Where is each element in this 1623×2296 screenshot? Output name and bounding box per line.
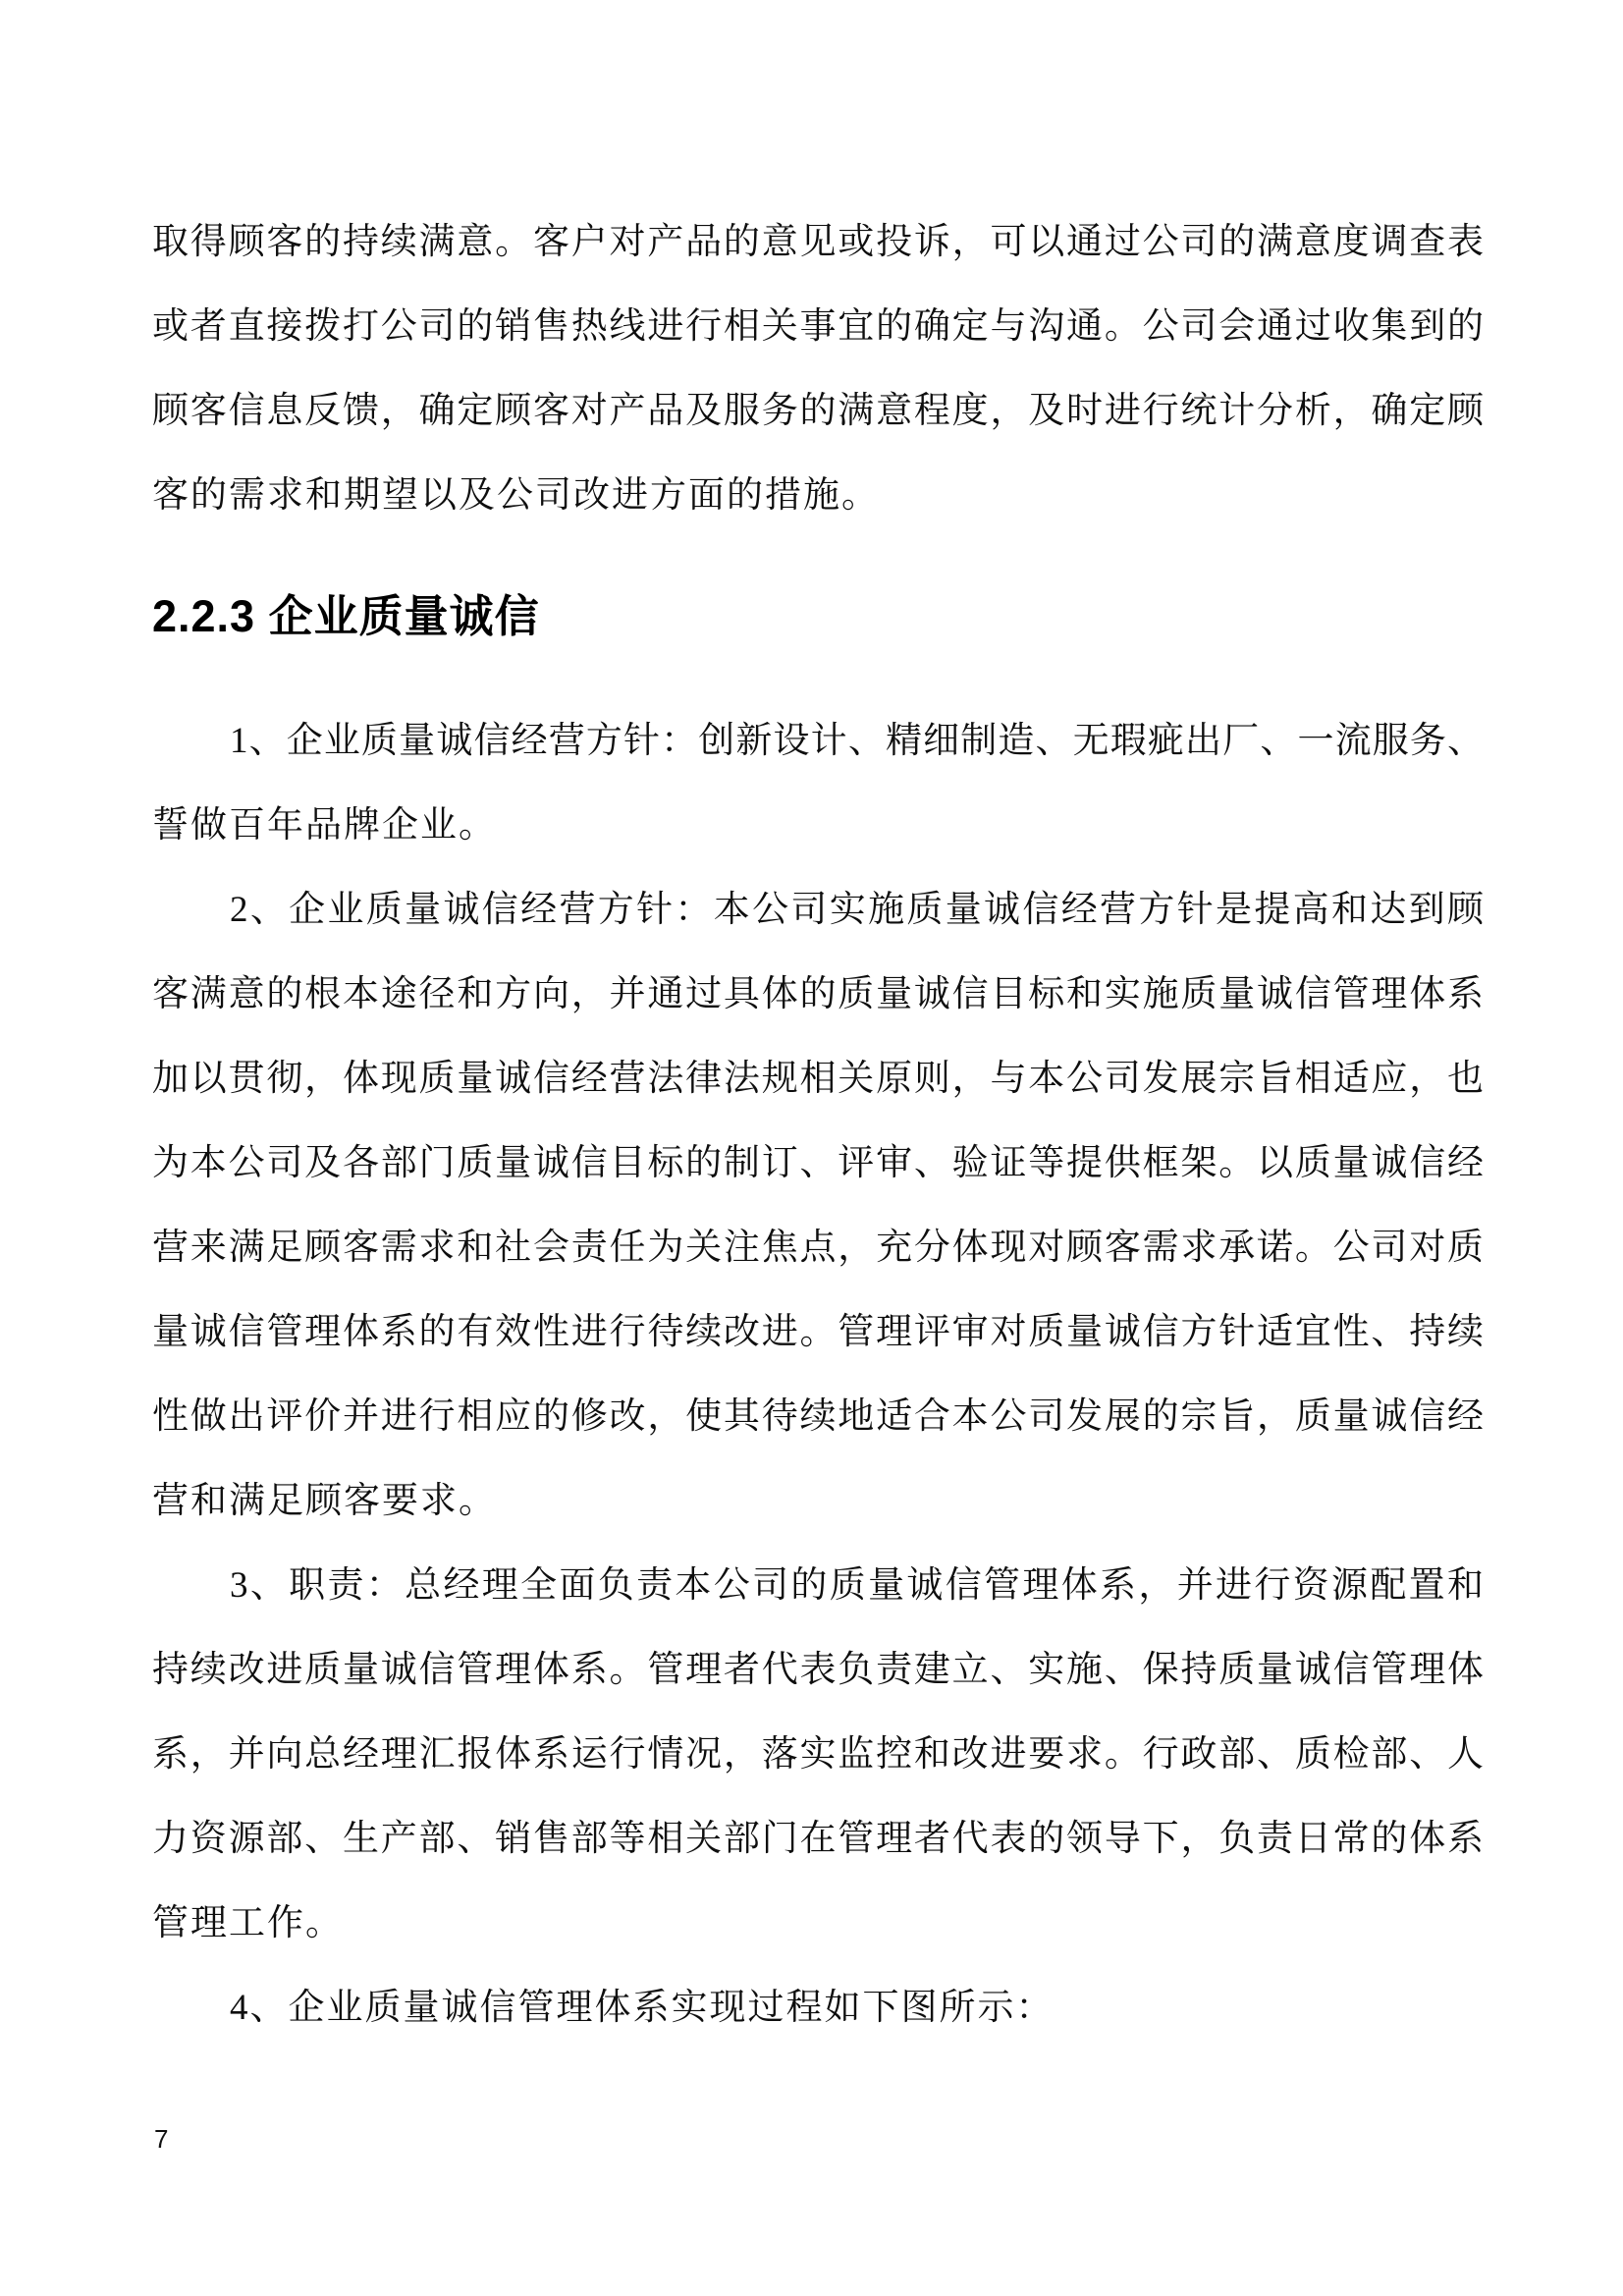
text-line: 营来满足顾客需求和社会责任为关注焦点，充分体现对顾客需求承诺。公司对质 bbox=[152, 1206, 1484, 1290]
text-line: 1、企业质量诚信经营方针：创新设计、精细制造、无瑕疵出厂、一流服务、 bbox=[152, 699, 1484, 784]
text-line: 2、企业质量诚信经营方针：本公司实施质量诚信经营方针是提高和达到顾 bbox=[152, 868, 1484, 953]
text-line: 客的需求和期望以及公司改进方面的措施。 bbox=[152, 454, 1484, 538]
text-line: 4、企业质量诚信管理体系实现过程如下图所示： bbox=[152, 1966, 1484, 2050]
text-line: 管理工作。 bbox=[152, 1882, 1484, 1966]
text-line: 持续改进质量诚信管理体系。管理者代表负责建立、实施、保持质量诚信管理体 bbox=[152, 1628, 1484, 1713]
document-page: 取得顾客的持续满意。客户对产品的意见或投诉，可以通过公司的满意度调查表或者直接拨… bbox=[0, 0, 1623, 2296]
paragraph: 1、企业质量诚信经营方针：创新设计、精细制造、无瑕疵出厂、一流服务、誓做百年品牌… bbox=[152, 699, 1484, 868]
text-line: 顾客信息反馈，确定顾客对产品及服务的满意程度，及时进行统计分析，确定顾 bbox=[152, 369, 1484, 454]
page-number: 7 bbox=[154, 2123, 168, 2155]
text-line: 取得顾客的持续满意。客户对产品的意见或投诉，可以通过公司的满意度调查表 bbox=[152, 200, 1484, 285]
text-line: 加以贯彻，体现质量诚信经营法律法规相关原则，与本公司发展宗旨相适应，也 bbox=[152, 1037, 1484, 1121]
paragraph: 4、企业质量诚信管理体系实现过程如下图所示： bbox=[152, 1966, 1484, 2050]
text-line: 性做出评价并进行相应的修改，使其待续地适合本公司发展的宗旨，质量诚信经 bbox=[152, 1375, 1484, 1459]
document-body: 取得顾客的持续满意。客户对产品的意见或投诉，可以通过公司的满意度调查表或者直接拨… bbox=[152, 200, 1484, 2050]
text-line: 誓做百年品牌企业。 bbox=[152, 784, 1484, 868]
paragraph: 2、企业质量诚信经营方针：本公司实施质量诚信经营方针是提高和达到顾客满意的根本途… bbox=[152, 868, 1484, 1544]
text-line: 营和满足顾客要求。 bbox=[152, 1459, 1484, 1544]
text-line: 系，并向总经理汇报体系运行情况，落实监控和改进要求。行政部、质检部、人 bbox=[152, 1713, 1484, 1797]
text-line: 或者直接拨打公司的销售热线进行相关事宜的确定与沟通。公司会通过收集到的 bbox=[152, 285, 1484, 369]
text-line: 为本公司及各部门质量诚信目标的制订、评审、验证等提供框架。以质量诚信经 bbox=[152, 1121, 1484, 1206]
text-line: 量诚信管理体系的有效性进行待续改进。管理评审对质量诚信方针适宜性、持续 bbox=[152, 1290, 1484, 1375]
text-line: 3、职责：总经理全面负责本公司的质量诚信管理体系，并进行资源配置和 bbox=[152, 1544, 1484, 1628]
paragraph: 3、职责：总经理全面负责本公司的质量诚信管理体系，并进行资源配置和持续改进质量诚… bbox=[152, 1544, 1484, 1966]
section-heading: 2.2.3 企业质量诚信 bbox=[152, 572, 1484, 662]
text-line: 客满意的根本途径和方向，并通过具体的质量诚信目标和实施质量诚信管理体系 bbox=[152, 953, 1484, 1037]
paragraph: 取得顾客的持续满意。客户对产品的意见或投诉，可以通过公司的满意度调查表或者直接拨… bbox=[152, 200, 1484, 538]
text-line: 力资源部、生产部、销售部等相关部门在管理者代表的领导下，负责日常的体系 bbox=[152, 1797, 1484, 1882]
